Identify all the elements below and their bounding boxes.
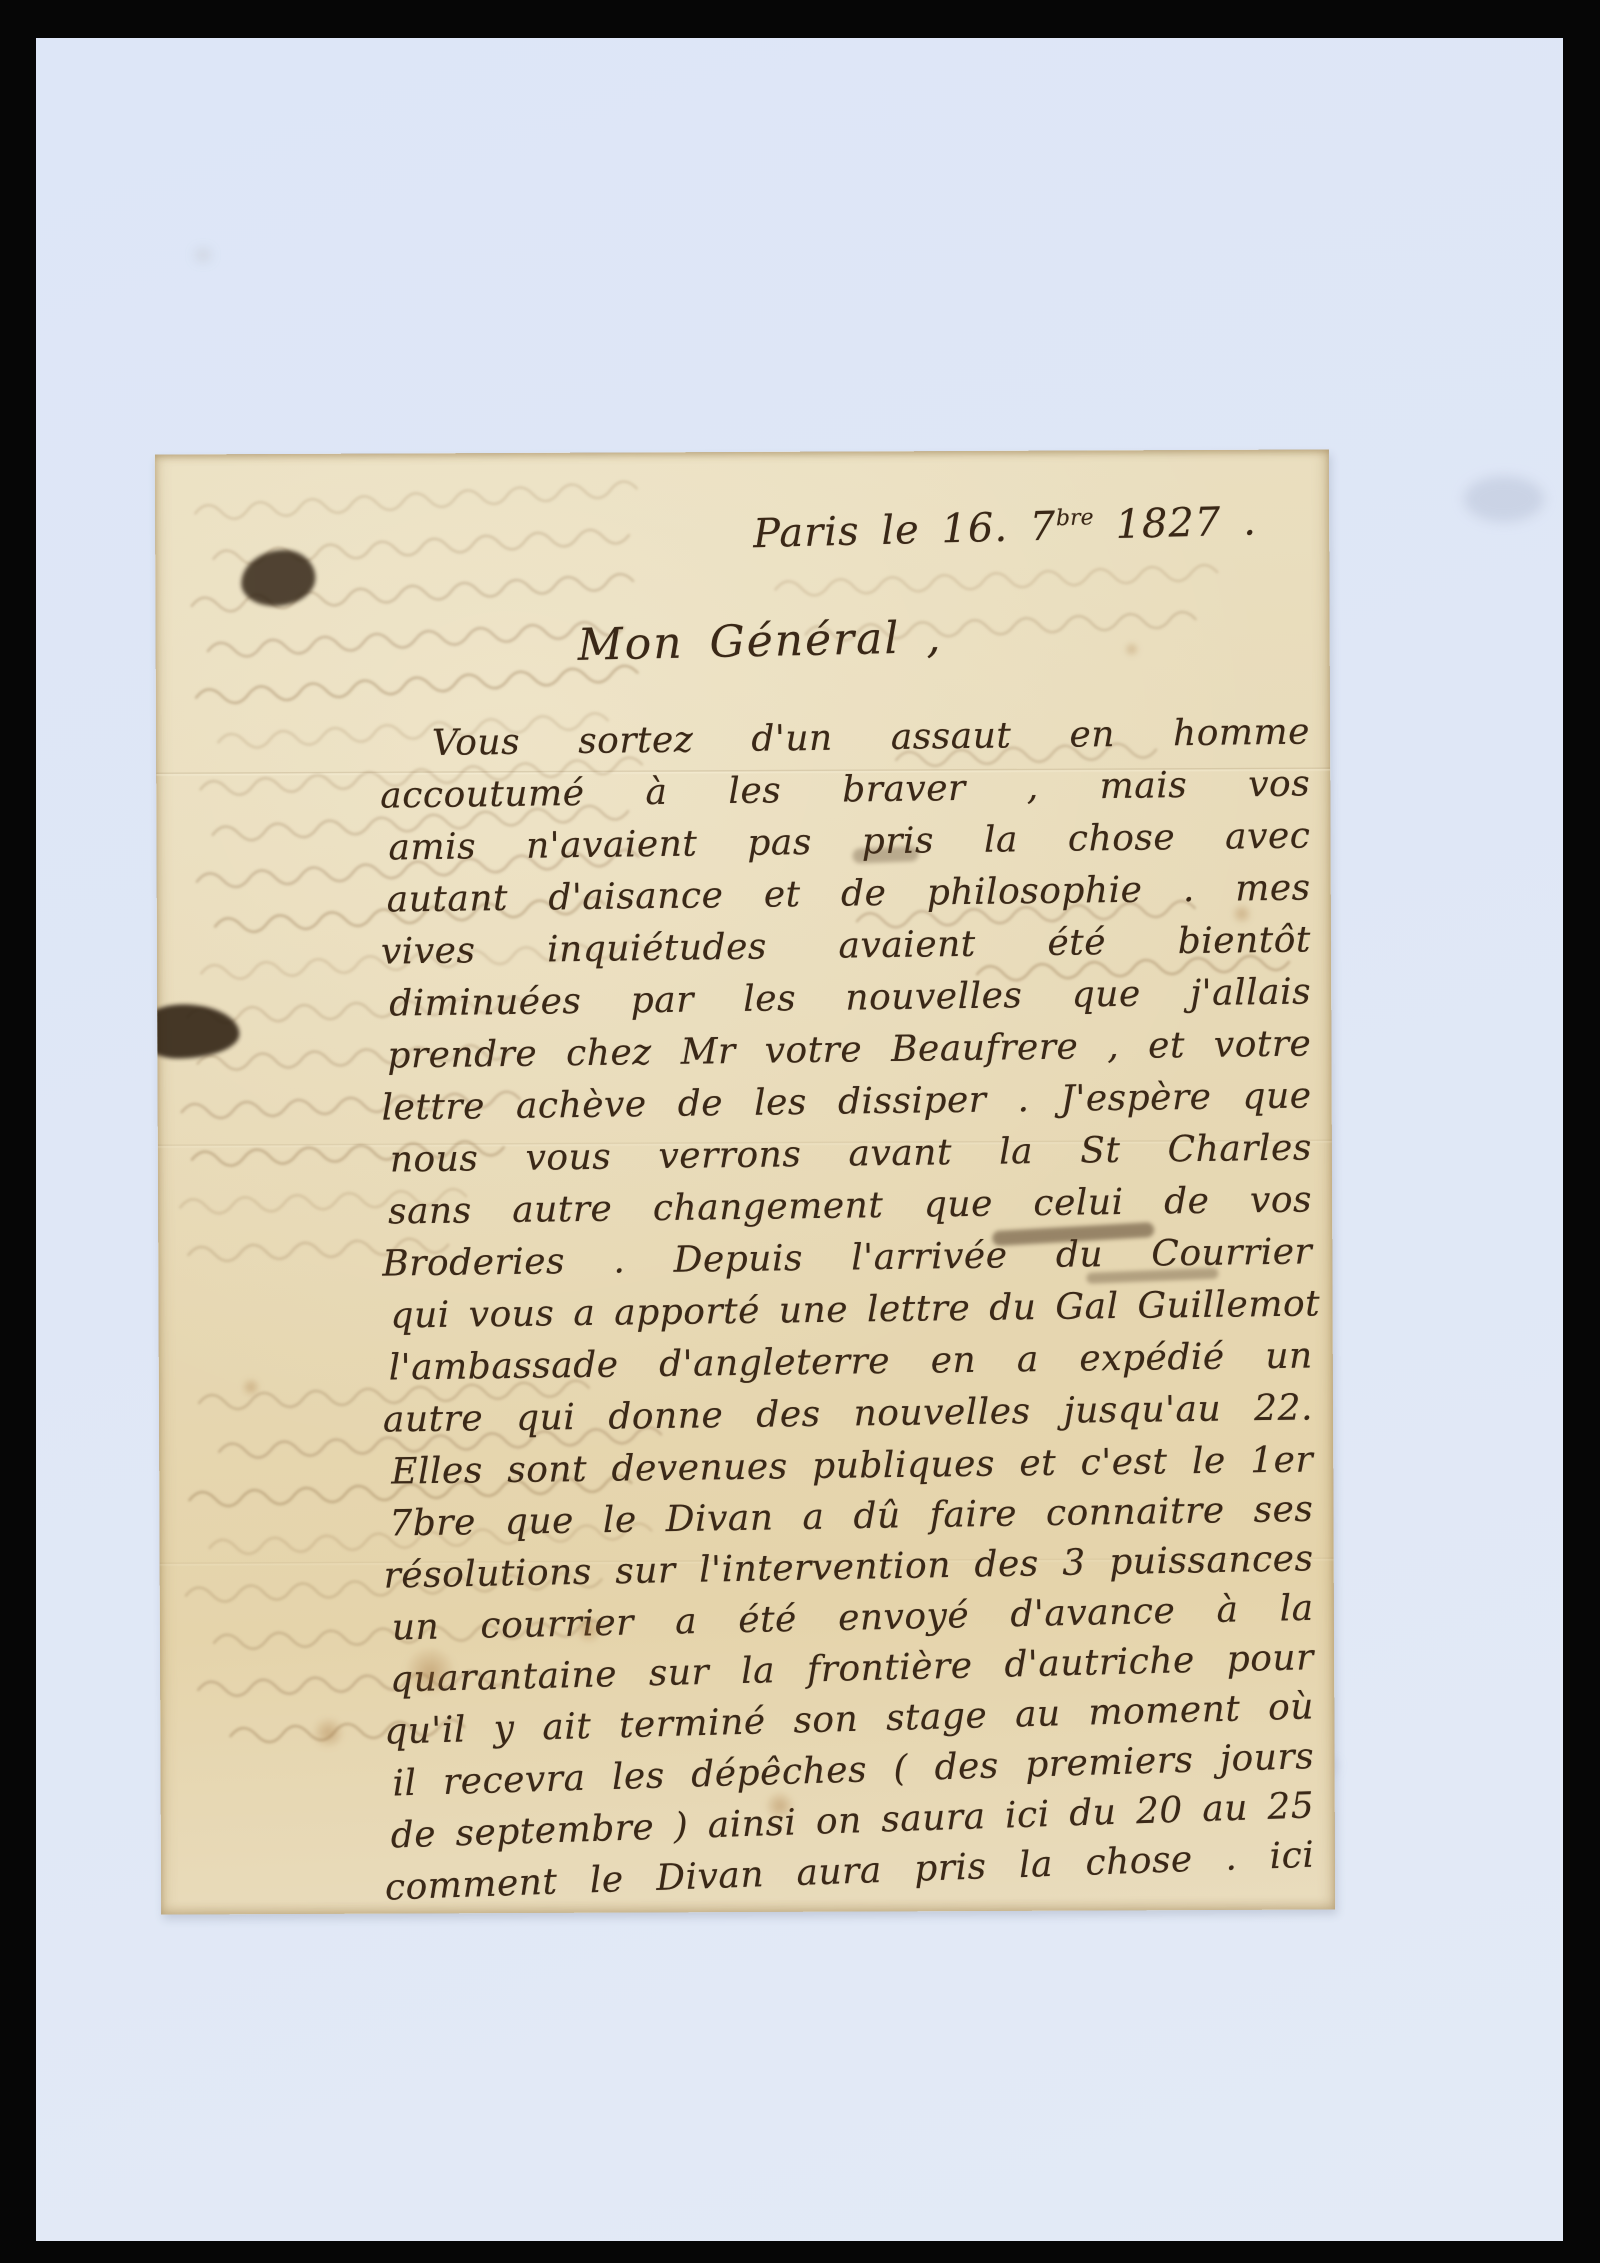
album-page-background: Paris le 16. 7bre 1827 . Mon Général , V… (36, 38, 1563, 2241)
salutation: Mon Général , (577, 612, 943, 671)
bleed-through-line (195, 478, 616, 526)
letter-paper: Paris le 16. 7bre 1827 . Mon Général , V… (155, 449, 1335, 1914)
ink-smear (852, 846, 919, 864)
foxing-spot (574, 1617, 604, 1643)
foxing-spot (1231, 904, 1253, 924)
foxing-spot (310, 1718, 346, 1748)
foxing-spot (763, 1792, 797, 1820)
letter-body: Vous sortez d'un assaut en hommeaccoutum… (386, 720, 1315, 1915)
bleed-through-line (195, 661, 626, 709)
smudge (196, 250, 210, 260)
foxing-spot (1124, 642, 1140, 656)
dateline-superscript: bre (1056, 505, 1094, 531)
foxing-spot (241, 1378, 261, 1396)
bleed-through-line (775, 560, 1206, 601)
smudge (1464, 476, 1544, 522)
dateline-text: Paris le 16. 7 (753, 504, 1057, 558)
bleed-through-line (207, 616, 618, 663)
photo-frame: Paris le 16. 7bre 1827 . Mon Général , V… (0, 0, 1600, 2263)
dateline-year: 1827 . (1093, 498, 1257, 548)
foxing-spot (402, 1647, 458, 1695)
